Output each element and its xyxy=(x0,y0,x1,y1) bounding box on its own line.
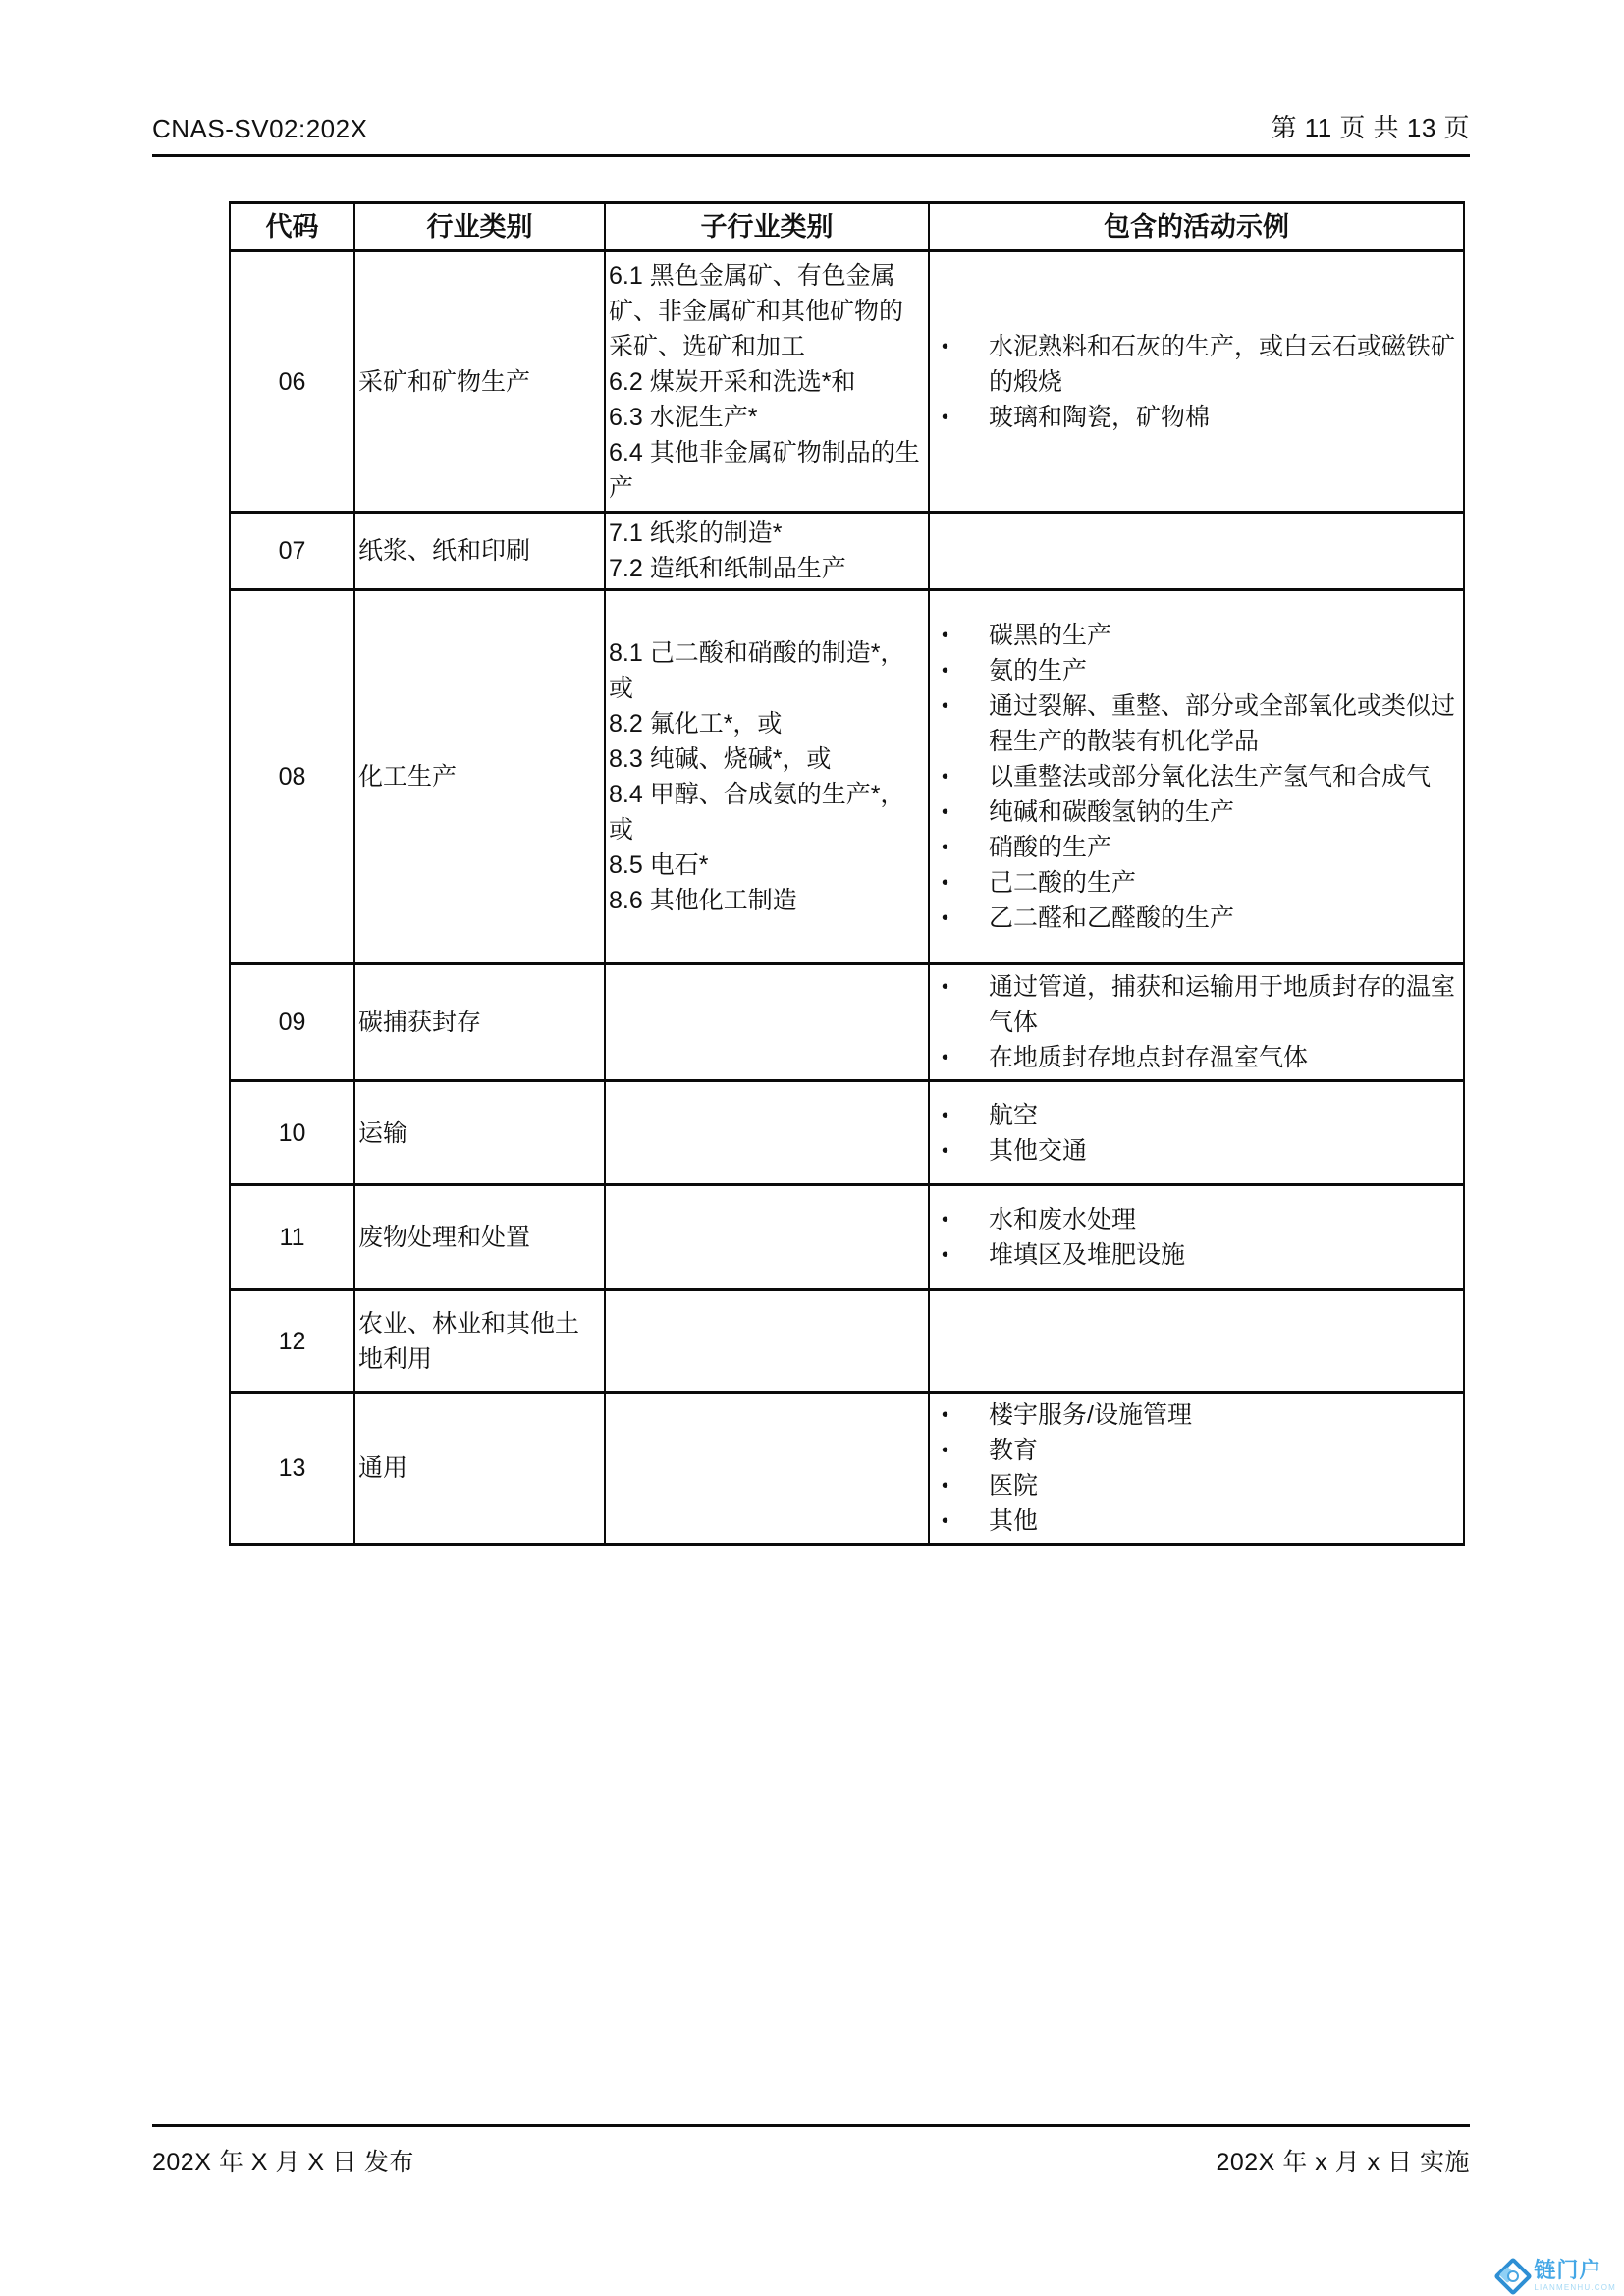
activity-text: 纯碱和碳酸氢钠的生产 xyxy=(989,794,1455,830)
bullet-icon: • xyxy=(934,830,989,865)
table-row: 07 纸浆、纸和印刷 7.1 纸浆的制造*7.2 造纸和纸制品生产 xyxy=(230,513,1464,590)
activity-text: 堆填区及堆肥设施 xyxy=(989,1237,1455,1273)
bullet-icon: • xyxy=(934,1503,989,1539)
row-subcategories xyxy=(605,1185,929,1290)
bullet-icon: • xyxy=(934,1237,989,1273)
activity-text: 碳黑的生产 xyxy=(989,618,1455,653)
subcategory-item: 7.1 纸浆的制造* xyxy=(609,516,924,551)
activity-item: •碳黑的生产 xyxy=(934,618,1455,653)
row-activities: •通过管道，捕获和运输用于地质封存的温室气体•在地质封存地点封存温室气体 xyxy=(929,964,1464,1081)
table-row: 13 通用 •楼宇服务/设施管理•教育•医院•其他 xyxy=(230,1393,1464,1545)
row-code: 13 xyxy=(230,1393,354,1545)
bullet-icon: • xyxy=(934,653,989,688)
page-footer: 202X 年 X 月 X 日 发布 202X 年 x 月 x 日 实施 xyxy=(152,2124,1470,2178)
bullet-icon: • xyxy=(934,759,989,794)
bullet-icon: • xyxy=(934,1397,989,1433)
activity-item: •其他交通 xyxy=(934,1133,1455,1169)
bullet-icon: • xyxy=(934,794,989,830)
table-row: 08 化工生产 8.1 己二酸和硝酸的制造*，或8.2 氟化工*，或8.3 纯碱… xyxy=(230,590,1464,964)
row-subcategories: 8.1 己二酸和硝酸的制造*，或8.2 氟化工*，或8.3 纯碱、烧碱*，或8.… xyxy=(605,590,929,964)
row-category: 纸浆、纸和印刷 xyxy=(354,513,605,590)
footer-implementation-date: 202X 年 x 月 x 日 实施 xyxy=(1216,2143,1470,2178)
activity-text: 航空 xyxy=(989,1098,1455,1133)
activity-item: •氨的生产 xyxy=(934,653,1455,688)
logo-text-block: 链门户 LIANMENHU.COM xyxy=(1534,2260,1616,2292)
subcategory-item: 6.4 其他非金属矿物制品的生产 xyxy=(609,435,924,506)
subcategory-item: 6.2 煤炭开采和洗选*和 xyxy=(609,364,924,400)
table-row: 06 采矿和矿物生产 6.1 黑色金属矿、有色金属矿、非金属矿和其他矿物的采矿、… xyxy=(230,251,1464,513)
bullet-icon: • xyxy=(934,901,989,936)
row-category: 废物处理和处置 xyxy=(354,1185,605,1290)
row-code: 06 xyxy=(230,251,354,513)
watermark-logo: 链门户 LIANMENHU.COM xyxy=(1499,2260,1616,2292)
activity-text: 己二酸的生产 xyxy=(989,865,1455,901)
row-subcategories xyxy=(605,1081,929,1185)
subcategory-item: 8.3 纯碱、烧碱*，或 xyxy=(609,741,924,777)
subcategory-item: 6.1 黑色金属矿、有色金属矿、非金属矿和其他矿物的采矿、选矿和加工 xyxy=(609,258,924,364)
row-category: 通用 xyxy=(354,1393,605,1545)
row-code: 09 xyxy=(230,964,354,1081)
activity-item: •教育 xyxy=(934,1433,1455,1468)
page-header: CNAS-SV02:202X 第 11 页 共 13 页 xyxy=(152,108,1470,157)
row-activities: •水泥熟料和石灰的生产，或白云石或磁铁矿的煅烧•玻璃和陶瓷，矿物棉 xyxy=(929,251,1464,513)
activity-item: •其他 xyxy=(934,1503,1455,1539)
activity-text: 以重整法或部分氧化法生产氢气和合成气 xyxy=(989,759,1455,794)
bullet-icon: • xyxy=(934,329,989,364)
activity-text: 乙二醛和乙醛酸的生产 xyxy=(989,901,1455,936)
column-header-subcategory: 子行业类别 xyxy=(605,203,929,251)
activity-item: •玻璃和陶瓷，矿物棉 xyxy=(934,400,1455,435)
subcategory-item: 8.2 氟化工*，或 xyxy=(609,706,924,741)
row-subcategories xyxy=(605,1393,929,1545)
bullet-icon: • xyxy=(934,1098,989,1133)
bullet-icon: • xyxy=(934,1040,989,1075)
row-code: 07 xyxy=(230,513,354,590)
row-activities: •水和废水处理•堆填区及堆肥设施 xyxy=(929,1185,1464,1290)
activity-item: •乙二醛和乙醛酸的生产 xyxy=(934,901,1455,936)
footer-release-date: 202X 年 X 月 X 日 发布 xyxy=(152,2143,414,2178)
subcategory-item: 6.3 水泥生产* xyxy=(609,400,924,435)
column-header-category: 行业类别 xyxy=(354,203,605,251)
activity-item: •己二酸的生产 xyxy=(934,865,1455,901)
table-row: 09 碳捕获封存 •通过管道，捕获和运输用于地质封存的温室气体•在地质封存地点封… xyxy=(230,964,1464,1081)
activity-text: 通过裂解、重整、部分或全部氧化或类似过程生产的散装有机化学品 xyxy=(989,688,1455,759)
logo-subtitle: LIANMENHU.COM xyxy=(1534,2284,1616,2292)
activity-item: •以重整法或部分氧化法生产氢气和合成气 xyxy=(934,759,1455,794)
document-page: CNAS-SV02:202X 第 11 页 共 13 页 代码 行业类别 子行业… xyxy=(0,0,1624,2296)
subcategory-item: 7.2 造纸和纸制品生产 xyxy=(609,551,924,586)
page-number: 第 11 页 共 13 页 xyxy=(1271,108,1470,144)
activity-item: •水泥熟料和石灰的生产，或白云石或磁铁矿的煅烧 xyxy=(934,329,1455,400)
activity-text: 通过管道，捕获和运输用于地质封存的温室气体 xyxy=(989,969,1455,1040)
diamond-logo-icon xyxy=(1494,2257,1534,2296)
row-code: 08 xyxy=(230,590,354,964)
table-row: 10 运输 •航空•其他交通 xyxy=(230,1081,1464,1185)
activity-item: •楼宇服务/设施管理 xyxy=(934,1397,1455,1433)
row-subcategories xyxy=(605,964,929,1081)
row-category: 碳捕获封存 xyxy=(354,964,605,1081)
bullet-icon: • xyxy=(934,1133,989,1169)
activity-item: •通过管道，捕获和运输用于地质封存的温室气体 xyxy=(934,969,1455,1040)
activity-text: 楼宇服务/设施管理 xyxy=(989,1397,1455,1433)
row-subcategories xyxy=(605,1290,929,1393)
subcategory-item: 8.1 己二酸和硝酸的制造*，或 xyxy=(609,635,924,706)
activity-text: 其他 xyxy=(989,1503,1455,1539)
table-header-row: 代码 行业类别 子行业类别 包含的活动示例 xyxy=(230,203,1464,251)
activity-item: •在地质封存地点封存温室气体 xyxy=(934,1040,1455,1075)
table-row: 11 废物处理和处置 •水和废水处理•堆填区及堆肥设施 xyxy=(230,1185,1464,1290)
activity-text: 水和废水处理 xyxy=(989,1202,1455,1237)
subcategory-item: 8.5 电石* xyxy=(609,847,924,883)
row-activities: •碳黑的生产•氨的生产•通过裂解、重整、部分或全部氧化或类似过程生产的散装有机化… xyxy=(929,590,1464,964)
activity-text: 医院 xyxy=(989,1468,1455,1503)
activity-text: 水泥熟料和石灰的生产，或白云石或磁铁矿的煅烧 xyxy=(989,329,1455,400)
row-category: 采矿和矿物生产 xyxy=(354,251,605,513)
column-header-activities: 包含的活动示例 xyxy=(929,203,1464,251)
row-code: 12 xyxy=(230,1290,354,1393)
row-activities: •航空•其他交通 xyxy=(929,1081,1464,1185)
logo-title: 链门户 xyxy=(1534,2260,1616,2281)
activity-item: •水和废水处理 xyxy=(934,1202,1455,1237)
activity-text: 硝酸的生产 xyxy=(989,830,1455,865)
activity-item: •通过裂解、重整、部分或全部氧化或类似过程生产的散装有机化学品 xyxy=(934,688,1455,759)
activity-text: 教育 xyxy=(989,1433,1455,1468)
row-activities: •楼宇服务/设施管理•教育•医院•其他 xyxy=(929,1393,1464,1545)
doc-code: CNAS-SV02:202X xyxy=(152,114,367,144)
activity-item: •硝酸的生产 xyxy=(934,830,1455,865)
bullet-icon: • xyxy=(934,688,989,724)
bullet-icon: • xyxy=(934,1468,989,1503)
activity-item: •航空 xyxy=(934,1098,1455,1133)
subcategory-item: 8.4 甲醇、合成氨的生产*，或 xyxy=(609,777,924,847)
row-category: 运输 xyxy=(354,1081,605,1185)
table-body: 06 采矿和矿物生产 6.1 黑色金属矿、有色金属矿、非金属矿和其他矿物的采矿、… xyxy=(230,251,1464,1545)
row-category: 农业、林业和其他土地利用 xyxy=(354,1290,605,1393)
row-activities xyxy=(929,513,1464,590)
activity-text: 玻璃和陶瓷，矿物棉 xyxy=(989,400,1455,435)
row-subcategories: 6.1 黑色金属矿、有色金属矿、非金属矿和其他矿物的采矿、选矿和加工6.2 煤炭… xyxy=(605,251,929,513)
row-subcategories: 7.1 纸浆的制造*7.2 造纸和纸制品生产 xyxy=(605,513,929,590)
bullet-icon: • xyxy=(934,1433,989,1468)
row-category: 化工生产 xyxy=(354,590,605,964)
bullet-icon: • xyxy=(934,865,989,901)
bullet-icon: • xyxy=(934,400,989,435)
subcategory-item: 8.6 其他化工制造 xyxy=(609,883,924,918)
activity-item: •医院 xyxy=(934,1468,1455,1503)
activity-item: •纯碱和碳酸氢钠的生产 xyxy=(934,794,1455,830)
row-code: 10 xyxy=(230,1081,354,1185)
activity-text: 氨的生产 xyxy=(989,653,1455,688)
table-row: 12 农业、林业和其他土地利用 xyxy=(230,1290,1464,1393)
column-header-code: 代码 xyxy=(230,203,354,251)
bullet-icon: • xyxy=(934,969,989,1005)
activity-item: •堆填区及堆肥设施 xyxy=(934,1237,1455,1273)
industry-classification-table: 代码 行业类别 子行业类别 包含的活动示例 06 采矿和矿物生产 6.1 黑色金… xyxy=(229,201,1465,1546)
bullet-icon: • xyxy=(934,1202,989,1237)
activity-text: 在地质封存地点封存温室气体 xyxy=(989,1040,1455,1075)
bullet-icon: • xyxy=(934,618,989,653)
row-activities xyxy=(929,1290,1464,1393)
row-code: 11 xyxy=(230,1185,354,1290)
activity-text: 其他交通 xyxy=(989,1133,1455,1169)
